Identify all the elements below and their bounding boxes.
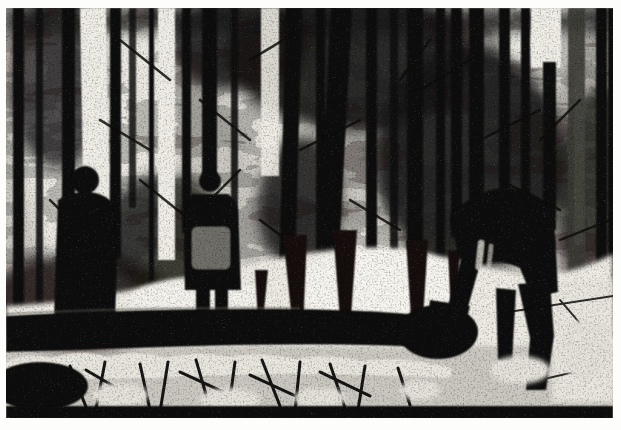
film-grain	[6, 8, 613, 418]
photo-canvas: Grainy black-and-white photograph of log…	[0, 0, 621, 430]
halftone-photo: Grainy black-and-white photograph of log…	[0, 0, 621, 430]
